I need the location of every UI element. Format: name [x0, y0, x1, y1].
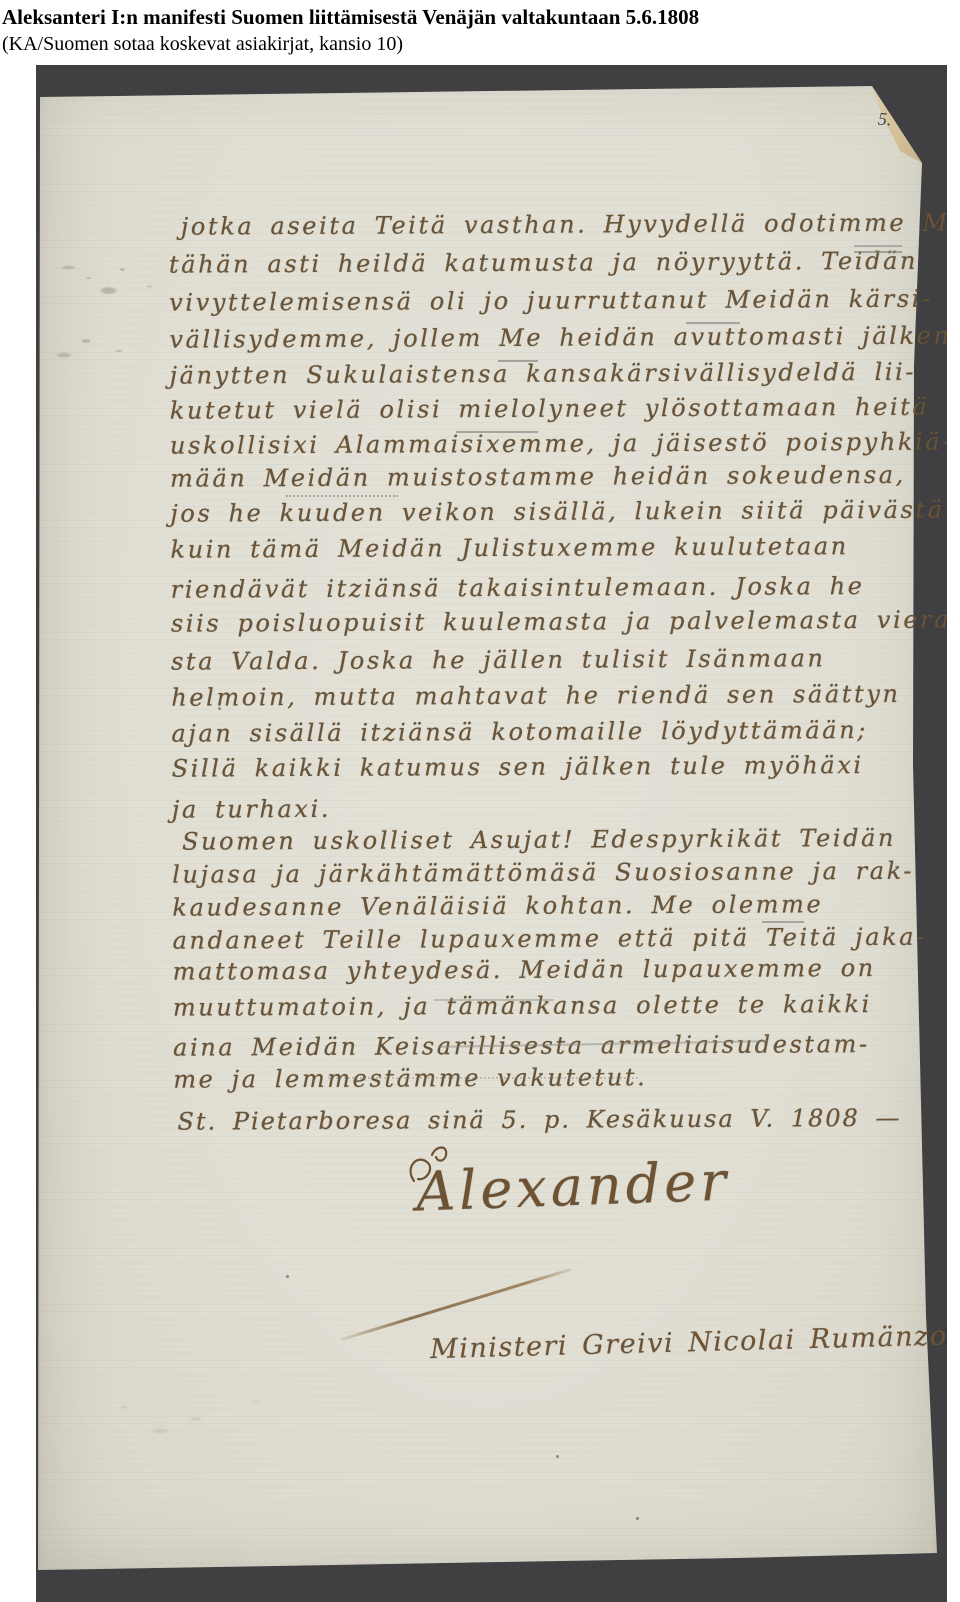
manuscript-line: ja turhaxi. [172, 795, 331, 824]
page-title: Aleksanteri I:n manifesti Suomen liittäm… [2, 4, 958, 30]
pencil-mark [498, 360, 538, 362]
document-scan: 5. jotka aseita Teitä vasthan. Hyvydellä… [36, 65, 947, 1602]
manuscript-line: riendävät itziänsä takaisintulemaan. Jos… [171, 572, 865, 604]
manuscript-line: kutetut vielä olisi mielolyneet ylösotta… [170, 393, 930, 425]
manuscript-line: vivyttelemisensä oli jo juurruttanut Mei… [169, 285, 933, 317]
pencil-mark [762, 921, 804, 923]
manuscript-line: Sillä kaikki katumus sen jälken tule myö… [172, 751, 864, 783]
pencil-mark [456, 431, 538, 433]
manuscript-line: sta Valda. Joska he jällen tulisit Isänm… [171, 644, 826, 675]
manuscript-line: kaudesanne Venäläisiä kohtan. Me olemme [172, 890, 823, 921]
manuscript-line: vällisydemme, jollem Me heidän avuttomas… [169, 322, 947, 354]
royal-signature: Alexander [415, 1150, 731, 1224]
page-subtitle: (KA/Suomen sotaa koskevat asiakirjat, ka… [2, 32, 958, 56]
document-header: Aleksanteri I:n manifesti Suomen liittäm… [2, 4, 958, 56]
pencil-mark [686, 322, 740, 324]
manuscript-dateline: St. Pietarboresa sinä 5. p. Kesäkuusa V.… [177, 1104, 901, 1136]
pencil-mark [854, 245, 902, 253]
manuscript-line: ajan sisällä itziänsä kotomaille löydytt… [171, 716, 868, 748]
pencil-mark [286, 495, 398, 497]
manuscript-line: mattomasa yhteydesä. Meidän lupauxemme o… [173, 954, 876, 986]
manuscript-line: lujasa ja järkähtämättömäsä Suosiosanne … [172, 857, 914, 889]
manuscript-line: siis poisluopuisit kuulemasta ja palvele… [171, 606, 947, 638]
manuscript-line: jos he kuuden veikon sisällä, lukein sii… [170, 496, 944, 528]
pencil-mark [328, 1077, 638, 1079]
manuscript-line: jotka aseita Teitä vasthan. Hyvydellä od… [181, 209, 947, 241]
manuscript-line: uskollisixi Alammaisixemme, ja jäisestö … [170, 428, 947, 460]
manuscript-line: Suomen uskolliset Asujat! Edespyrkikät T… [182, 824, 896, 856]
manuscript-line: jänytten Sukulaistensa kansakärsivällisy… [170, 358, 917, 390]
manuscript-line: helmoin, mutta mahtavat he riendä sen sä… [171, 680, 900, 712]
manuscript-text-block: jotka aseita Teitä vasthan. Hyvydellä od… [36, 65, 947, 1602]
manuscript-line: tähän asti heildä katumusta ja nöyryyttä… [169, 247, 918, 279]
manuscript-line: andaneet Teille lupauxemme että pitä Tei… [172, 923, 926, 955]
manuscript-line: muuttumatoin, ja tämänkansa olette te ka… [173, 990, 872, 1022]
manuscript-line: kuin tämä Meidän Julistuxemme kuulutetaa… [170, 532, 848, 564]
pencil-mark [434, 999, 554, 1001]
manuscript-line: mään Meidän muistostamme heidän sokeuden… [170, 461, 906, 493]
